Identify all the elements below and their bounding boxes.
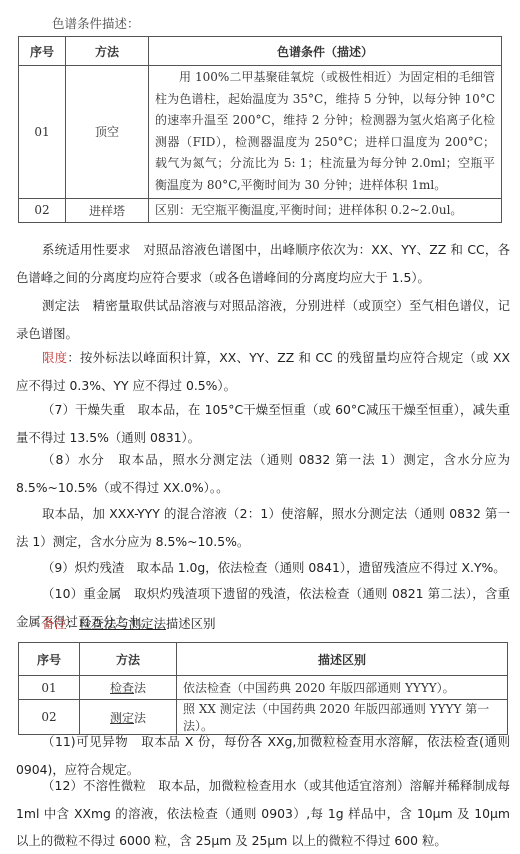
header-desc: 描述区别 bbox=[177, 643, 508, 676]
row-no: 01 bbox=[19, 676, 80, 700]
header-desc: 色谱条件（描述） bbox=[149, 37, 502, 66]
row-method: 检查法 bbox=[80, 676, 177, 700]
limit-paragraph: 限度：按外标法以峰面积计算，XX、YY、ZZ 和 CC 的残留量均应符合规定（或… bbox=[16, 344, 510, 399]
method-link[interactable]: 测定 bbox=[110, 711, 134, 725]
header-no: 序号 bbox=[19, 37, 66, 66]
row-no: 01 bbox=[19, 66, 66, 199]
table-row: 02 进样塔 区别：无空瓶平衡温度,平衡时间；进样体积 0.2~2.0ul。 bbox=[19, 198, 502, 223]
water-paragraph: （8）水分 取本品，照水分测定法（通则 0832 第一法 1）测定，含水分应为 … bbox=[16, 446, 510, 501]
header-method: 方法 bbox=[66, 37, 149, 66]
table-row: 01 检查法 依法检查（中国药典 2020 年版四部通则 YYYY）。 bbox=[19, 676, 508, 700]
row-no: 02 bbox=[19, 198, 66, 223]
header-method: 方法 bbox=[80, 643, 177, 676]
row-method: 顶空 bbox=[66, 66, 149, 199]
note-link[interactable]: 检查法与测定法 bbox=[79, 616, 166, 631]
method-suffix: 法 bbox=[134, 711, 146, 725]
measurement-paragraph: 测定法 精密量取供试品溶液与对照品溶液，分别进样（或顶空）至气相色谱仪，记录色谱… bbox=[16, 292, 510, 347]
row-desc: 用 100%二甲基聚硅氧烷（或极性相近）为固定相的毛细管柱为色谱柱，起始温度为 … bbox=[149, 66, 502, 199]
limit-text: ：按外标法以峰面积计算，XX、YY、ZZ 和 CC 的残留量均应符合规定（或 X… bbox=[16, 350, 510, 393]
method-difference-table: 序号 方法 描述区别 01 检查法 依法检查（中国药典 2020 年版四部通则 … bbox=[18, 642, 508, 735]
table-header-row: 序号 方法 描述区别 bbox=[19, 643, 508, 676]
row-desc: 区别：无空瓶平衡温度,平衡时间；进样体积 0.2~2.0ul。 bbox=[149, 198, 502, 223]
loss-on-drying-paragraph: （7）干燥失重 取本品，在 105°C干燥至恒重（或 60°C减压干燥至恒重），… bbox=[16, 396, 510, 451]
insoluble-particles-paragraph: （12）不溶性微粒 取本品，加微粒检查用水（或其他适宜溶剂）溶解并稀释制成每 1… bbox=[16, 772, 510, 854]
note-paragraph: 备注：检查法与测定法描述区别 bbox=[16, 610, 510, 638]
note-rest: 描述区别 bbox=[166, 616, 216, 631]
row-desc: 依法检查（中国药典 2020 年版四部通则 YYYY）。 bbox=[177, 676, 508, 700]
chromatography-table: 序号 方法 色谱条件（描述） 01 顶空 用 100%二甲基聚硅氧烷（或极性相近… bbox=[18, 36, 502, 223]
chromatography-caption: 色谱条件描述： bbox=[52, 14, 140, 32]
note-colon: ： bbox=[67, 616, 79, 631]
water-alt-paragraph: 取本品，加 XXX-YYY 的混合溶液（2：1）使溶解，照水分测定法（通则 08… bbox=[16, 500, 510, 555]
ignition-residue-paragraph: （9）炽灼残渣 取本品 1.0g，依法检查（通则 0841），遗留残渣应不得过 … bbox=[16, 554, 510, 582]
header-no: 序号 bbox=[19, 643, 80, 676]
table-row: 01 顶空 用 100%二甲基聚硅氧烷（或极性相近）为固定相的毛细管柱为色谱柱，… bbox=[19, 66, 502, 199]
method-link[interactable]: 检查 bbox=[110, 681, 134, 695]
method-suffix: 法 bbox=[134, 681, 146, 695]
row-method: 进样塔 bbox=[66, 198, 149, 223]
table-header-row: 序号 方法 色谱条件（描述） bbox=[19, 37, 502, 66]
note-label: 备注 bbox=[42, 616, 67, 631]
limit-label: 限度 bbox=[42, 350, 67, 365]
system-suitability-paragraph: 系统适用性要求 对照品溶液色谱图中，出峰顺序依次为：XX、YY、ZZ 和 CC，… bbox=[16, 236, 510, 291]
